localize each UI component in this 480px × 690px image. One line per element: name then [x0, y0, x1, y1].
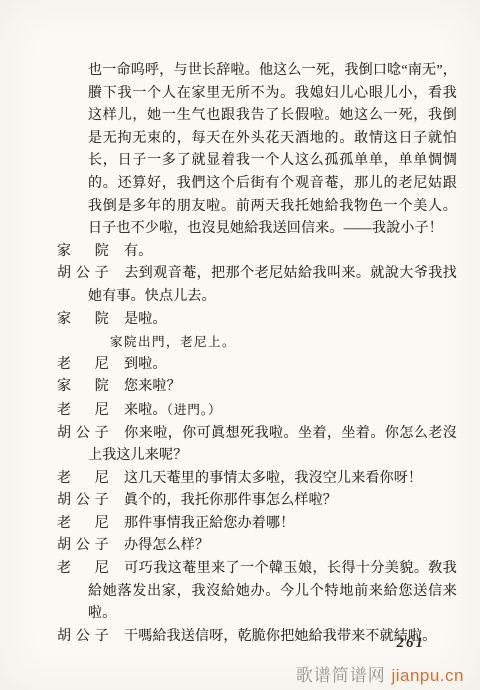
speaker-label: 老 尼 [57, 400, 109, 423]
dialogue-line: 家 院您来啦？ [57, 376, 457, 399]
speaker-label: 老 尼 [57, 513, 109, 536]
speaker-label: 家 院 [57, 309, 109, 332]
page-number: 261 [397, 635, 426, 652]
speaker-label: 胡公子 [57, 490, 109, 513]
dialogue-text: 来啦。 [124, 403, 167, 418]
stage-direction: 家院出門，老尼上。 [110, 331, 457, 354]
dialogue-line: 老 尼来啦。（进門。） [57, 399, 457, 423]
dialogue-line: 老 尼可巧我这菴里来了一个韓玉娘，长得十分美貌。敎我給她落发出家，我沒給她办。今… [57, 558, 457, 626]
speaker-label: 胡公子 [57, 263, 109, 286]
scanned-script-page: 也一命呜呼，与世长辞啦。他这么一死，我倒口唸“南无”，賸下我一个人在家里无所不为… [0, 0, 480, 690]
speaker-label: 家 院 [57, 241, 109, 264]
speaker-label: 老 尼 [57, 558, 109, 581]
dialogue-line: 胡公子你来啦，你可眞想死我啦。坐着，坐着。你怎么老沒上我这儿来呢？ [57, 423, 457, 468]
inline-stage-direction: （进門。） [167, 403, 222, 417]
speaker-label: 老 尼 [57, 468, 109, 491]
dialogue-line: 胡公子办得怎么样？ [57, 535, 457, 558]
watermark: 歌谱简谱网 jianpu.cn [296, 661, 464, 686]
speaker-label: 胡公子 [57, 535, 109, 558]
dialogue-text: 您来啦？ [124, 379, 181, 394]
dialogue-line: 家 院有。 [57, 241, 457, 264]
dialogue-text: 是啦。 [124, 312, 167, 327]
watermark-site-url: jianpu.cn [391, 666, 464, 685]
dialogue-text: 这几天菴里的事情太多啦，我沒空儿来看你呀！ [124, 471, 422, 486]
dialogue-text: 办得怎么样？ [124, 538, 209, 553]
dialogue-text: 你来啦，你可眞想死我啦。坐着，坐着。你怎么老沒上我这儿来呢？ [88, 426, 457, 464]
text-content: 也一命呜呼，与世长辞啦。他这么一死，我倒口唸“南无”，賸下我一个人在家里无所不为… [57, 60, 457, 648]
speaker-label: 胡公子 [57, 423, 109, 446]
dialogue-line: 老 尼那件事情我正給您办着哪！ [57, 513, 457, 536]
speaker-label: 老 尼 [57, 354, 109, 377]
opening-monologue: 也一命呜呼，与世长辞啦。他这么一死，我倒口唸“南无”，賸下我一个人在家里无所不为… [88, 60, 457, 241]
dialogue-text: 可巧我这菴里来了一个韓玉娘，长得十分美貌。敎我給她落发出家，我沒給她办。今儿个特… [88, 561, 457, 621]
dialogue-text: 眞个的，我托你那件事怎么样啦？ [124, 493, 337, 508]
speaker-label: 家 院 [57, 376, 109, 399]
dialogue-text: 有。 [124, 244, 152, 259]
dialogue-line: 胡公子去到观音菴，把那个老尼姑給我叫来。就說大爷我找她有事。快点儿去。 [57, 263, 457, 308]
dialogue-text: 去到观音菴，把那个老尼姑給我叫来。就說大爷我找她有事。快点儿去。 [88, 266, 457, 304]
dialogue-line: 老 尼这几天菴里的事情太多啦，我沒空儿来看你呀！ [57, 468, 457, 491]
dialogue-text: 干嗎給我送信呀，乾脆你把她給我带来不就結啦。 [124, 629, 436, 644]
dialogue-line: 胡公子眞个的，我托你那件事怎么样啦？ [57, 490, 457, 513]
watermark-site-name: 歌谱简谱网 [296, 666, 386, 685]
speaker-label: 胡公子 [57, 626, 109, 649]
dialogue-text: 那件事情我正給您办着哪！ [124, 516, 294, 531]
dialogue-line: 家 院是啦。 [57, 309, 457, 332]
dialogue-text: 到啦。 [124, 357, 167, 372]
dialogue-line: 老 尼到啦。 [57, 354, 457, 377]
